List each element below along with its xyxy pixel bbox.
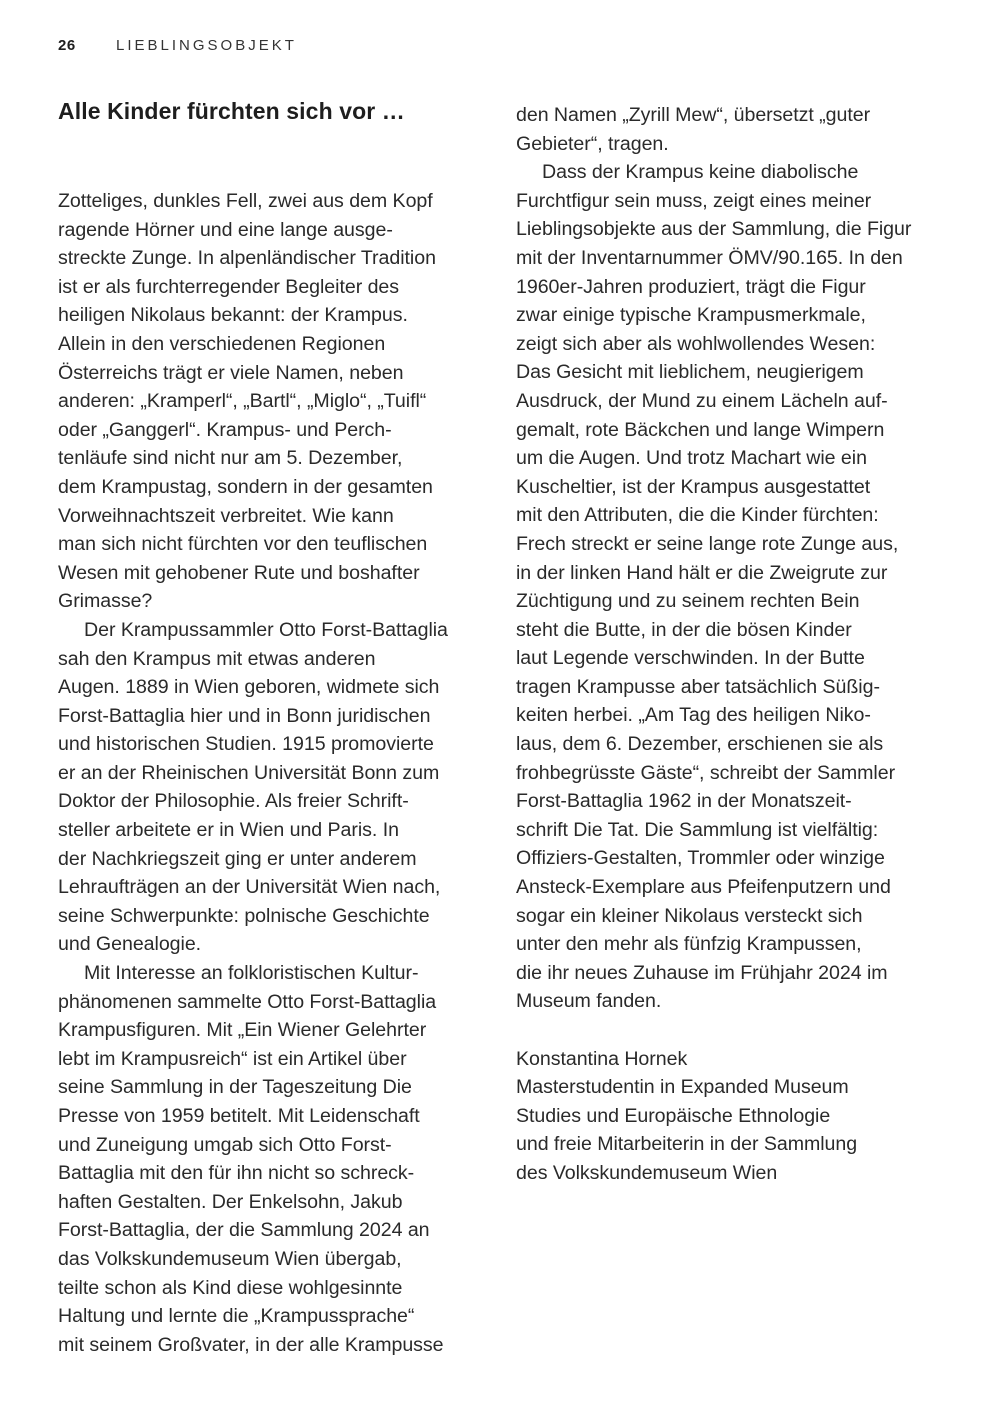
- right-column-body: den Namen „Zyrill Mew“, übersetzt „guter…: [516, 101, 956, 1016]
- running-header: 26 LIEBLINGSOBJEKT: [58, 35, 297, 55]
- text-line: tragen Krampusse aber tatsächlich Süßig-: [516, 673, 956, 702]
- text-line: Kuscheltier, ist der Krampus ausgestatte…: [516, 473, 956, 502]
- text-line: Ausdruck, der Mund zu einem Lächeln auf-: [516, 387, 956, 416]
- text-line: 1960er-Jahren produziert, trägt die Figu…: [516, 273, 956, 302]
- text-line: mit der Inventarnummer ÖMV/90.165. In de…: [516, 244, 956, 273]
- text-line: Frech streckt er seine lange rote Zunge …: [516, 530, 956, 559]
- text-line: Battaglia mit den für ihn nicht so schre…: [58, 1159, 490, 1188]
- text-line: man sich nicht fürchten vor den teuflisc…: [58, 530, 490, 559]
- page-number: 26: [58, 37, 116, 54]
- spacer: [516, 1016, 956, 1045]
- text-line: Augen. 1889 in Wien geboren, widmete sic…: [58, 673, 490, 702]
- text-line: phänomenen sammelte Otto Forst-Battaglia: [58, 988, 490, 1017]
- text-line: Österreichs trägt er viele Namen, neben: [58, 359, 490, 388]
- text-line: und historischen Studien. 1915 promovier…: [58, 730, 490, 759]
- text-line: steller arbeitete er in Wien und Paris. …: [58, 816, 490, 845]
- text-line: Lehraufträgen an der Universität Wien na…: [58, 873, 490, 902]
- right-column: den Namen „Zyrill Mew“, übersetzt „guter…: [516, 101, 956, 1188]
- text-line: Haltung und lernte die „Krampussprache“: [58, 1302, 490, 1331]
- text-line: oder „Ganggerl“. Krampus- und Perch-: [58, 416, 490, 445]
- text-line: Offiziers-Gestalten, Trommler oder winzi…: [516, 844, 956, 873]
- author-bio-line: und freie Mitarbeiterin in der Sammlung: [516, 1130, 956, 1159]
- text-line: zeigt sich aber als wohlwollendes Wesen:: [516, 330, 956, 359]
- text-line: teilte schon als Kind diese wohlgesinnte: [58, 1274, 490, 1303]
- text-line: in der linken Hand hält er die Zweigrute…: [516, 559, 956, 588]
- text-line: Forst-Battaglia hier und in Bonn juridis…: [58, 702, 490, 731]
- text-line: Vorweihnachtszeit verbreitet. Wie kann: [58, 502, 490, 531]
- text-line: sogar ein kleiner Nikolaus versteckt sic…: [516, 902, 956, 931]
- text-line: Krampusfiguren. Mit „Ein Wiener Gelehrte…: [58, 1016, 490, 1045]
- text-line: Museum fanden.: [516, 987, 956, 1016]
- text-line: Forst-Battaglia 1962 in der Monatszeit-: [516, 787, 956, 816]
- text-line: Grimasse?: [58, 587, 490, 616]
- text-line: er an der Rheinischen Universität Bonn z…: [58, 759, 490, 788]
- text-line: seine Sammlung in der Tageszeitung Die: [58, 1073, 490, 1102]
- text-line: unter den mehr als fünfzig Krampussen,: [516, 930, 956, 959]
- text-line: dem Krampustag, sondern in der gesamten: [58, 473, 490, 502]
- text-line: das Volkskundemuseum Wien übergab,: [58, 1245, 490, 1274]
- text-line: sah den Krampus mit etwas anderen: [58, 645, 490, 674]
- text-line: tenläufe sind nicht nur am 5. Dezember,: [58, 444, 490, 473]
- section-label: LIEBLINGSOBJEKT: [116, 37, 297, 54]
- text-line: mit seinem Großvater, in der alle Krampu…: [58, 1331, 490, 1360]
- text-line: laut Legende verschwinden. In der Butte: [516, 644, 956, 673]
- text-line: anderen: „Kramperl“, „Bartl“, „Miglo“, „…: [58, 387, 490, 416]
- text-line: heiligen Nikolaus bekannt: der Krampus.: [58, 301, 490, 330]
- text-line: Furchtfigur sein muss, zeigt eines meine…: [516, 187, 956, 216]
- paragraph-start-line: Dass der Krampus keine diabolische: [516, 158, 956, 187]
- author-name: Konstantina Hornek: [516, 1045, 956, 1074]
- text-line: Lieblingsobjekte aus der Sammlung, die F…: [516, 215, 956, 244]
- text-line: gemalt, rote Bäckchen und lange Wimpern: [516, 416, 956, 445]
- text-line: Forst-Battaglia, der die Sammlung 2024 a…: [58, 1216, 490, 1245]
- text-line: Presse von 1959 betitelt. Mit Leidenscha…: [58, 1102, 490, 1131]
- left-column: Zotteliges, dunkles Fell, zwei aus dem K…: [58, 187, 490, 1359]
- article-title: Alle Kinder fürchten sich vor …: [58, 98, 405, 125]
- author-bio-line: des Volkskundemuseum Wien: [516, 1159, 956, 1188]
- text-line: frohbegrüsste Gäste“, schreibt der Samml…: [516, 759, 956, 788]
- text-line: Gebieter“, tragen.: [516, 130, 956, 159]
- text-line: keiten herbei. „Am Tag des heiligen Niko…: [516, 701, 956, 730]
- text-line: steht die Butte, in der die bösen Kinder: [516, 616, 956, 645]
- text-line: ist er als furchterregender Begleiter de…: [58, 273, 490, 302]
- text-line: der Nachkriegszeit ging er unter anderem: [58, 845, 490, 874]
- author-bio-line: Studies und Europäische Ethnologie: [516, 1102, 956, 1131]
- text-line: laus, dem 6. Dezember, erschienen sie al…: [516, 730, 956, 759]
- text-line: Doktor der Philosophie. Als freier Schri…: [58, 787, 490, 816]
- text-line: den Namen „Zyrill Mew“, übersetzt „guter: [516, 101, 956, 130]
- text-line: die ihr neues Zuhause im Frühjahr 2024 i…: [516, 959, 956, 988]
- paragraph-start-line: Mit Interesse an folkloristischen Kultur…: [58, 959, 490, 988]
- text-line: Zotteliges, dunkles Fell, zwei aus dem K…: [58, 187, 490, 216]
- text-line: zwar einige typische Krampusmerkmale,: [516, 301, 956, 330]
- text-line: haften Gestalten. Der Enkelsohn, Jakub: [58, 1188, 490, 1217]
- text-line: und Genealogie.: [58, 930, 490, 959]
- paragraph-start-line: Der Krampussammler Otto Forst-Battaglia: [58, 616, 490, 645]
- text-line: Wesen mit gehobener Rute und boshafter: [58, 559, 490, 588]
- text-line: schrift Die Tat. Die Sammlung ist vielfä…: [516, 816, 956, 845]
- text-line: seine Schwerpunkte: polnische Geschichte: [58, 902, 490, 931]
- text-line: lebt im Krampusreich“ ist ein Artikel üb…: [58, 1045, 490, 1074]
- author-bio-line: Masterstudentin in Expanded Museum: [516, 1073, 956, 1102]
- text-line: streckte Zunge. In alpenländischer Tradi…: [58, 244, 490, 273]
- text-line: Ansteck-Exemplare aus Pfeifenputzern und: [516, 873, 956, 902]
- text-line: um die Augen. Und trotz Machart wie ein: [516, 444, 956, 473]
- author-block: Konstantina Hornek Masterstudentin in Ex…: [516, 1045, 956, 1188]
- text-line: mit den Attributen, die die Kinder fürch…: [516, 501, 956, 530]
- text-line: Züchtigung und zu seinem rechten Bein: [516, 587, 956, 616]
- text-line: ragende Hörner und eine lange ausge-: [58, 216, 490, 245]
- text-line: und Zuneigung umgab sich Otto Forst-: [58, 1131, 490, 1160]
- text-line: Das Gesicht mit lieblichem, neugierigem: [516, 358, 956, 387]
- text-line: Allein in den verschiedenen Regionen: [58, 330, 490, 359]
